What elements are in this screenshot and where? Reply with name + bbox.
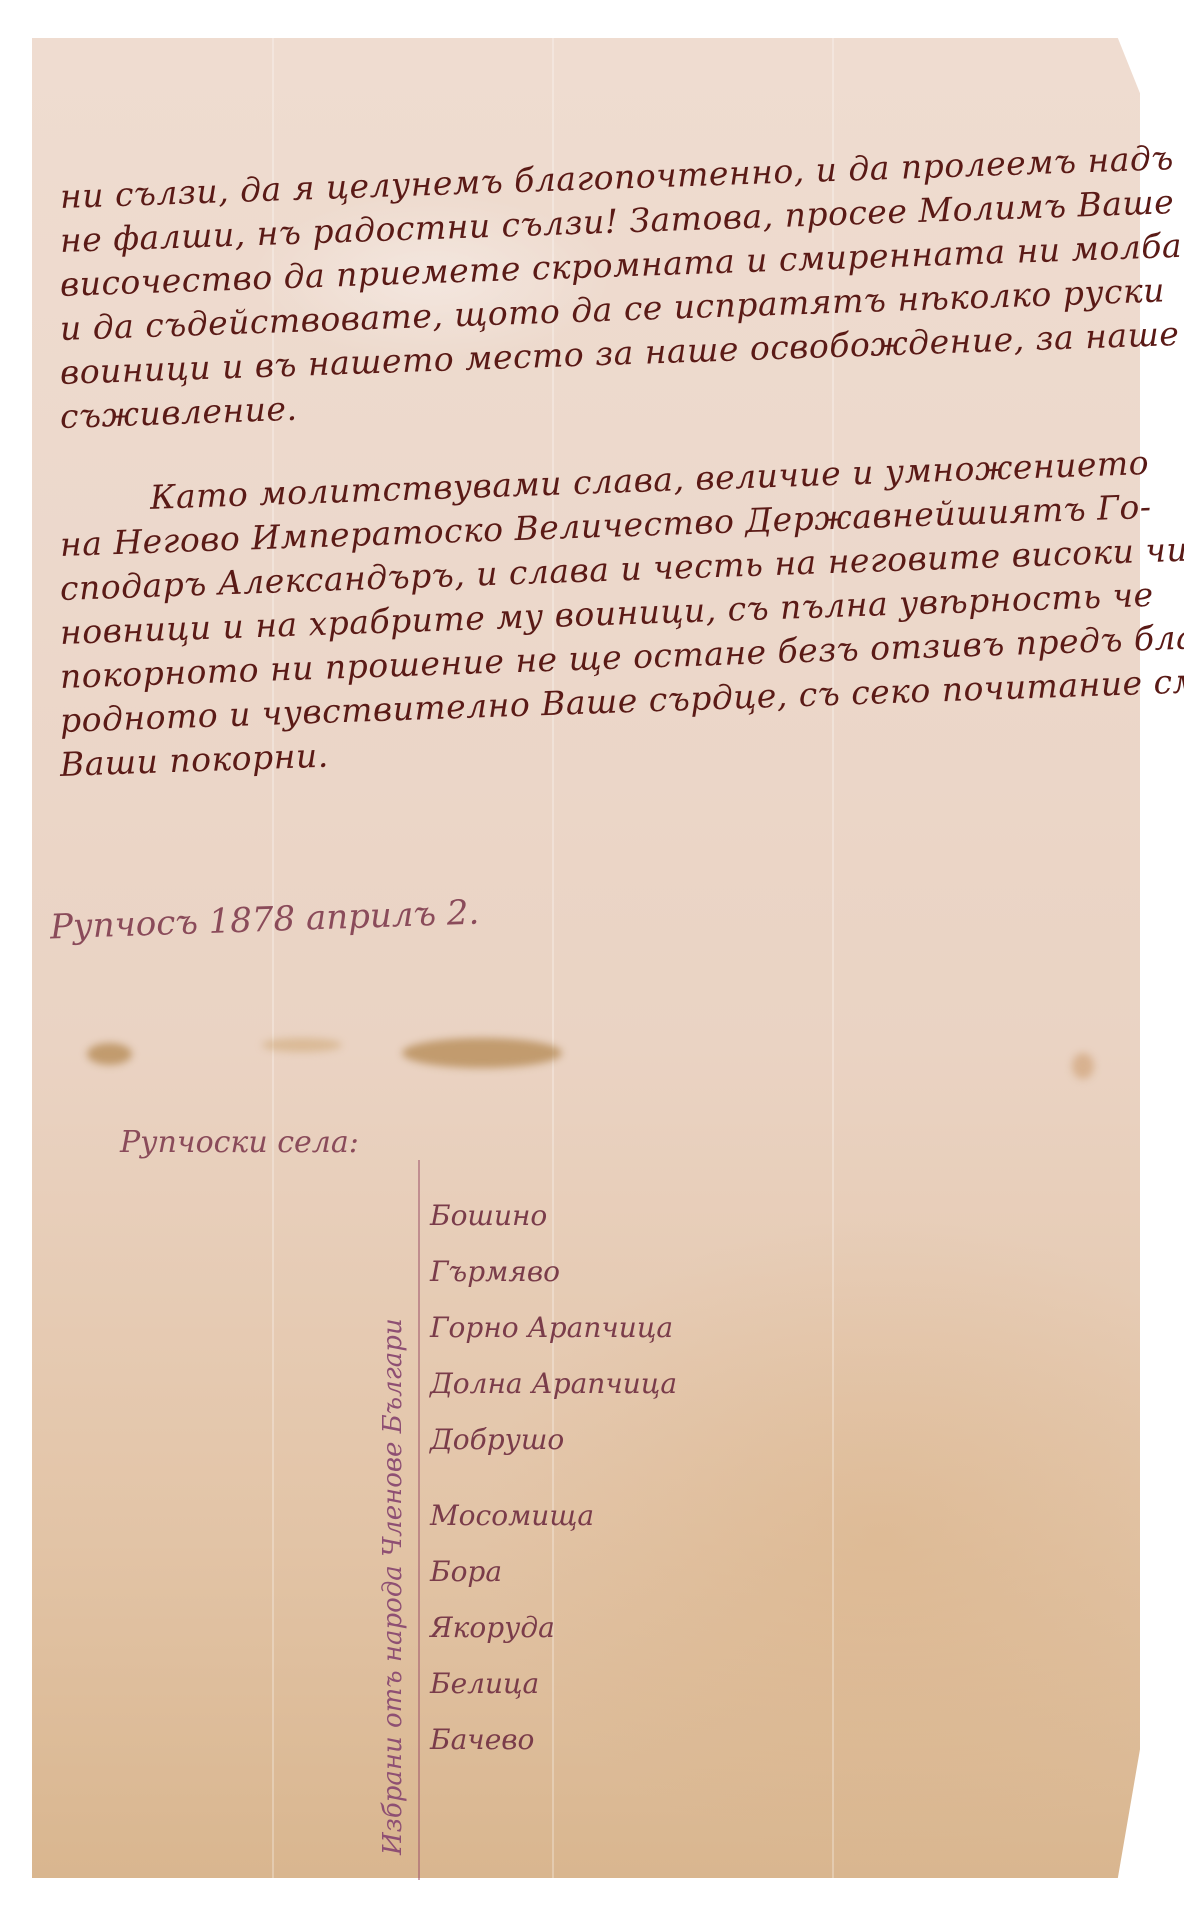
village-item: Бора: [430, 1544, 677, 1600]
vertical-annotation: Избрани отъ народа Членове Българи: [378, 1135, 418, 1855]
village-item: Белица: [430, 1656, 677, 1712]
village-item: Гърмяво: [430, 1244, 677, 1300]
paper-stain: [87, 1043, 132, 1065]
village-item: Бошино: [430, 1188, 677, 1244]
paper-stain: [1072, 1053, 1094, 1079]
village-list: Бошино Гърмяво Горно Арапчица Долна Арап…: [430, 1188, 677, 1768]
villages-heading: Рупчоски села:: [120, 1125, 359, 1160]
paper-stain: [402, 1038, 562, 1068]
letter-body: ни сълзи, да я целунемъ благопочтенно, и…: [60, 175, 1120, 787]
paper-stain: [262, 1038, 342, 1052]
village-item: Долна Арапчица: [430, 1356, 677, 1412]
village-item: Якоруда: [430, 1600, 677, 1656]
village-item: Добрушо: [430, 1412, 677, 1468]
village-item: Горно Арапчица: [430, 1300, 677, 1356]
list-divider-line: [418, 1160, 420, 1880]
village-item: Мосомища: [430, 1488, 677, 1544]
village-item: Бачево: [430, 1712, 677, 1768]
